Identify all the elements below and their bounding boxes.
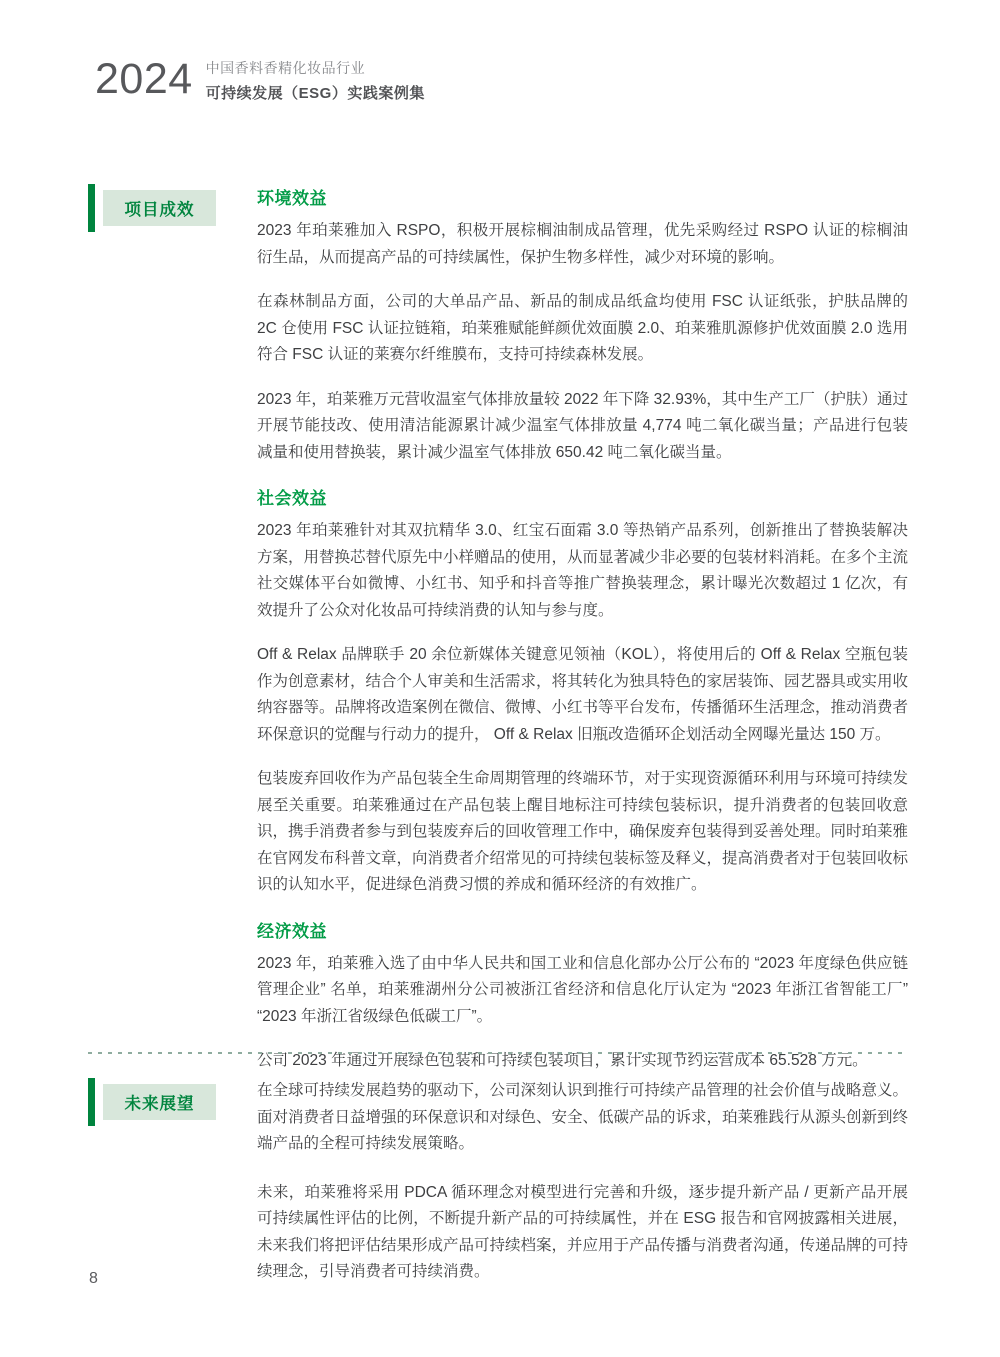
future-outlook-label: 未来展望 <box>103 1084 216 1120</box>
paragraph-environment-2: 在森林制品方面，公司的大单品产品、新品的制成品纸盒均使用 FSC 认证纸张，护肤… <box>257 289 908 369</box>
heading-environment: 环境效益 <box>257 184 908 209</box>
paragraph-outlook-1: 在全球可持续发展趋势的驱动下，公司深刻认识到推行可持续产品管理的社会价值与战略意… <box>257 1078 908 1158</box>
label-accent-bar <box>88 184 95 232</box>
report-subtitle-line2: 可持续发展（ESG）实践案例集 <box>206 82 425 103</box>
paragraph-outlook-2: 未来，珀莱雅将采用 PDCA 循环理念对模型进行完善和升级，逐步提升新产品 / … <box>257 1180 908 1286</box>
paragraph-social-1: 2023 年珀莱雅针对其双抗精华 3.0、红宝石面霜 3.0 等热销产品系列，创… <box>257 518 908 624</box>
section-future-outlook: 未来展望 在全球可持续发展趋势的驱动下，公司深刻认识到推行可持续产品管理的社会价… <box>88 1078 908 1308</box>
paragraph-environment-1: 2023 年珀莱雅加入 RSPO，积极开展棕榈油制成品管理，优先采购经过 RSP… <box>257 218 908 271</box>
future-outlook-content: 在全球可持续发展趋势的驱动下，公司深刻认识到推行可持续产品管理的社会价值与战略意… <box>257 1078 908 1308</box>
paragraph-social-3: 包装废弃回收作为产品包装全生命周期管理的终端环节，对于实现资源循环利用与环境可持… <box>257 766 908 899</box>
dashed-divider <box>88 1052 908 1054</box>
paragraph-economic-1: 2023 年，珀莱雅入选了由中华人民共和国工业和信息化部办公厅公布的 “2023… <box>257 951 908 1031</box>
report-subtitle: 中国香料香精化妆品行业 可持续发展（ESG）实践案例集 <box>206 56 425 103</box>
document-page: 2024 中国香料香精化妆品行业 可持续发展（ESG）实践案例集 项目成效 环境… <box>0 0 1000 1357</box>
project-results-label: 项目成效 <box>103 190 216 226</box>
heading-economic: 经济效益 <box>257 917 908 942</box>
section-project-results: 项目成效 环境效益 2023 年珀莱雅加入 RSPO，积极开展棕榈油制成品管理，… <box>88 184 908 1093</box>
section-label-future-outlook: 未来展望 <box>88 1078 257 1126</box>
report-subtitle-line1: 中国香料香精化妆品行业 <box>206 58 425 78</box>
heading-social: 社会效益 <box>257 484 908 509</box>
label-accent-bar <box>88 1078 95 1126</box>
paragraph-social-2: Off & Relax 品牌联手 20 余位新媒体关键意见领袖（KOL），将使用… <box>257 642 908 748</box>
report-header: 2024 中国香料香精化妆品行业 可持续发展（ESG）实践案例集 <box>95 56 425 103</box>
section-label-project-results: 项目成效 <box>88 184 257 232</box>
future-outlook-label-column: 未来展望 <box>88 1078 257 1126</box>
page-number: 8 <box>89 1270 98 1288</box>
project-results-label-column: 项目成效 <box>88 184 257 232</box>
report-year: 2024 <box>95 58 193 101</box>
paragraph-environment-3: 2023 年，珀莱雅万元营收温室气体排放量较 2022 年下降 32.93%，其… <box>257 387 908 467</box>
project-results-content: 环境效益 2023 年珀莱雅加入 RSPO，积极开展棕榈油制成品管理，优先采购经… <box>257 184 908 1093</box>
